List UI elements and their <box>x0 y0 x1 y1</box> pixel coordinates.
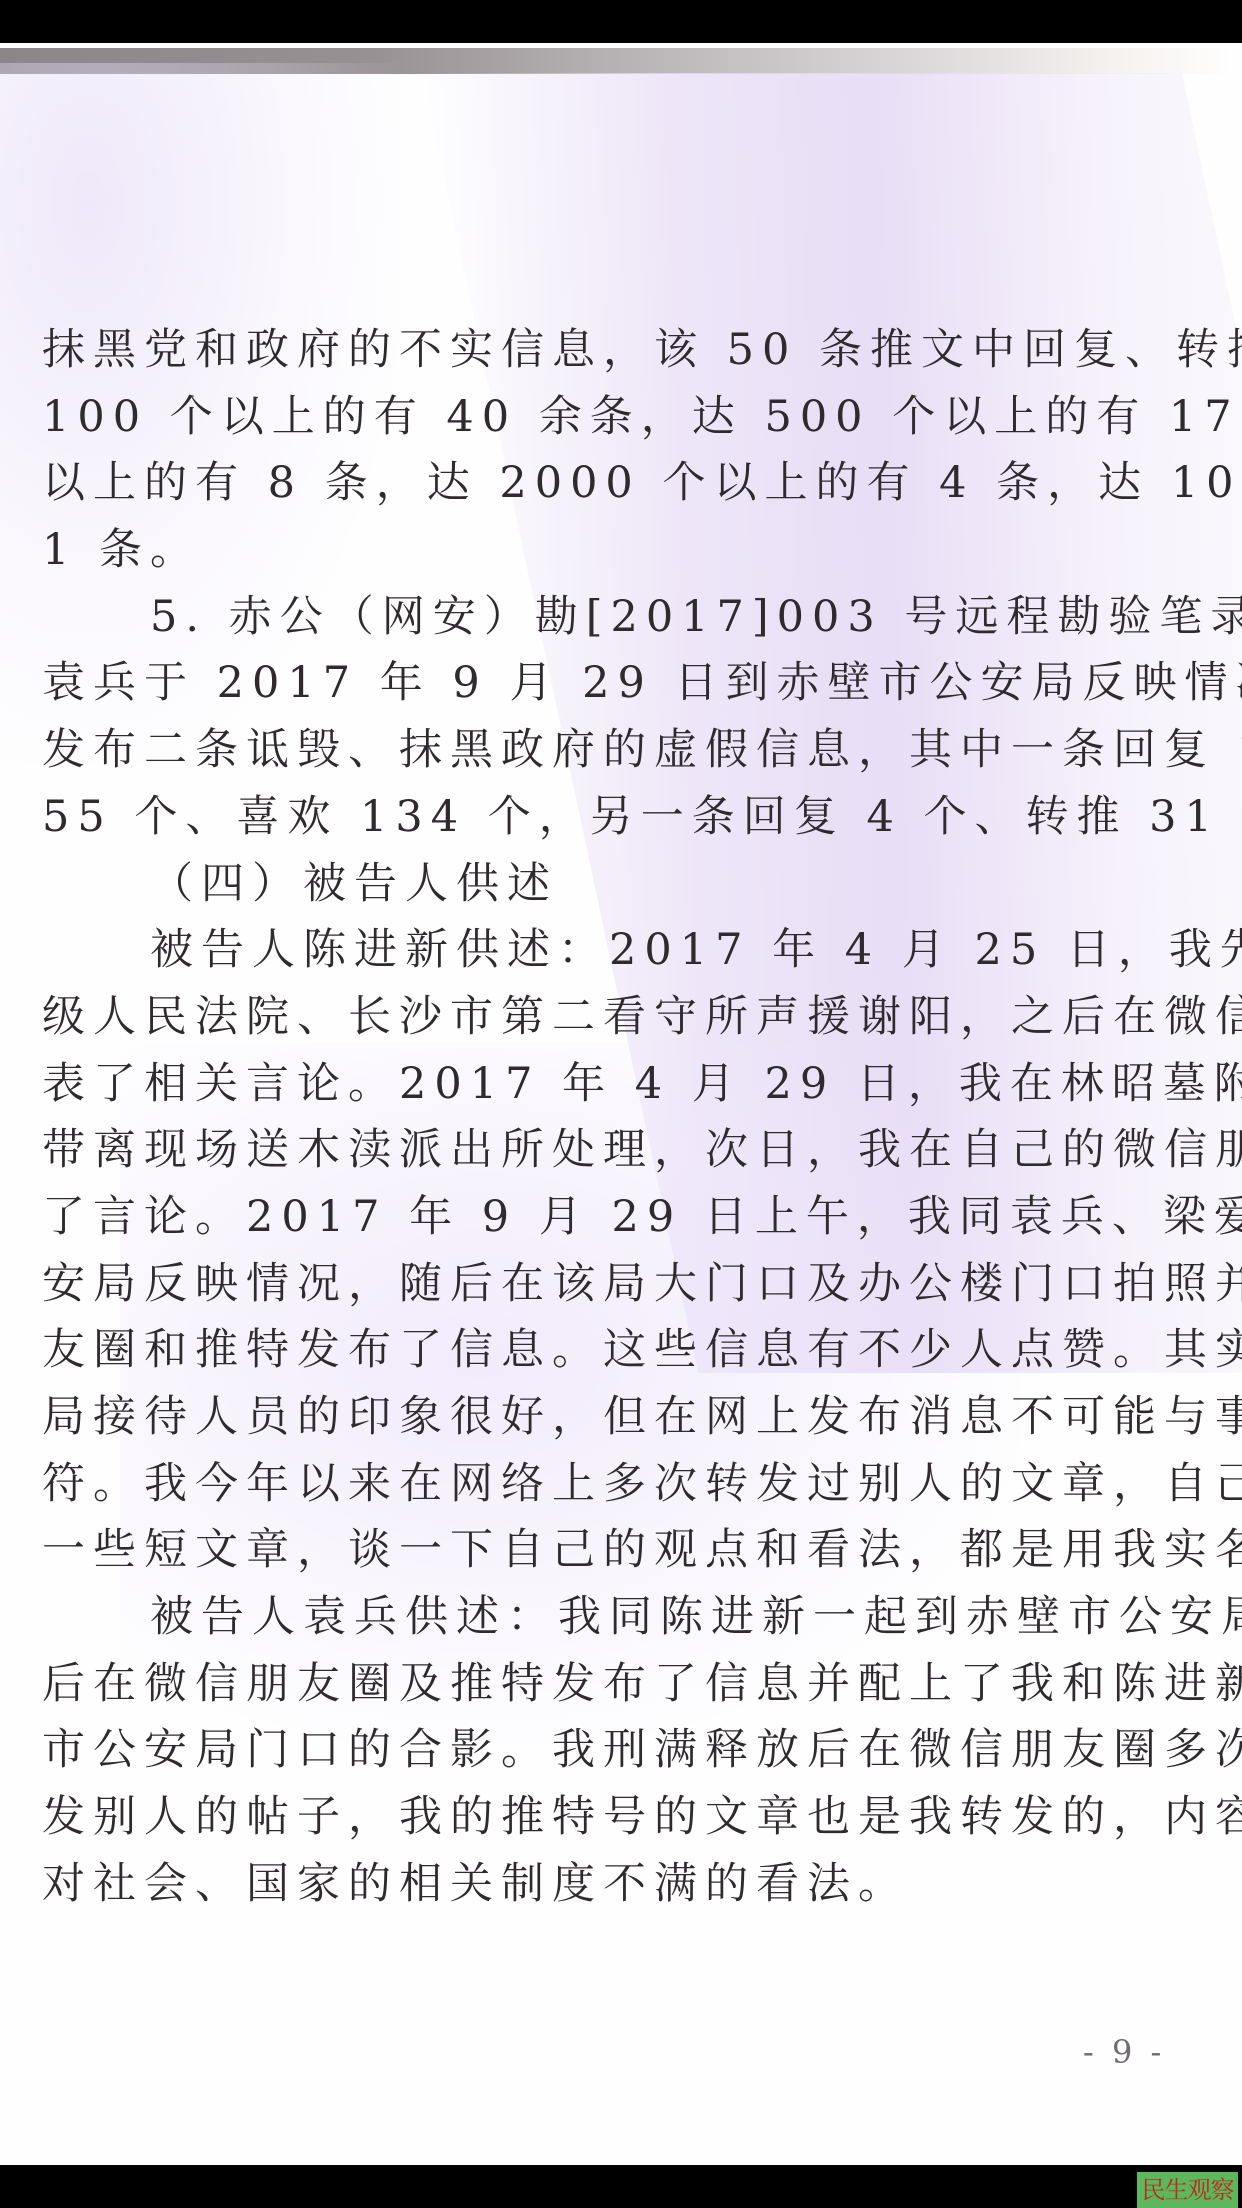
section-heading: （四）被告人供述 <box>42 851 1174 918</box>
top-black-bar <box>0 0 1242 43</box>
document-body: 抹黑党和政府的不实信息，该 50 条推文中回复、转推或点赞达 100 个以上的有… <box>42 317 1174 1918</box>
text-line: 55 个、喜欢 134 个，另一条回复 4 个、转推 31 个、喜欢 56 个。 <box>42 784 1174 851</box>
bottom-black-bar <box>0 2165 1242 2208</box>
text-line: 市公安局门口的合影。我刑满释放后在微信朋友圈多次发帖和转 <box>42 1717 1174 1784</box>
page-top-edge-shadow <box>0 48 1242 74</box>
text-line: 友圈和推特发布了信息。这些信息有不少人点赞。其实我对公安 <box>42 1317 1174 1384</box>
text-line: 以上的有 8 条，达 2000 个以上的有 4 条，达 10000 个以上的有 <box>42 450 1174 517</box>
text-line: 符。我今年以来在网络上多次转发过别人的文章，自己也发表过 <box>42 1451 1174 1518</box>
text-line: 了言论。2017 年 9 月 29 日上午，我同袁兵、梁爱谊到赤壁市公 <box>42 1184 1174 1251</box>
page-number: - 9 - <box>1083 2033 1165 2071</box>
text-line: 级人民法院、长沙市第二看守所声援谢阳，之后在微信朋友圈发 <box>42 984 1174 1051</box>
text-line: 后在微信朋友圈及推特发布了信息并配上了我和陈进新在赤壁 <box>42 1651 1174 1718</box>
text-line: 1 条。 <box>42 517 1174 584</box>
watermark-badge: 民生观察 <box>1137 2172 1238 2208</box>
text-line: 带离现场送木渎派出所处理，次日，我在自己的微信朋友圈发表 <box>42 1117 1174 1184</box>
scanned-page: 抹黑党和政府的不实信息，该 50 条推文中回复、转推或点赞达 100 个以上的有… <box>0 43 1242 2165</box>
text-line: 发布二条诋毁、抹黑政府的虚假信息，其中一条回复 11 个、转推 <box>42 717 1174 784</box>
text-line: 袁兵于 2017 年 9 月 29 日到赤壁市公安局反映情况后，在其推特 <box>42 650 1174 717</box>
text-line: 被告人袁兵供述：我同陈进新一起到赤壁市公安局反映问题， <box>42 1584 1174 1651</box>
screen: 抹黑党和政府的不实信息，该 50 条推文中回复、转推或点赞达 100 个以上的有… <box>0 0 1242 2208</box>
text-line: 5. 赤公（网安）勘[2017]003 号远程勘验笔录证明：被告人 <box>42 584 1174 651</box>
text-line: 一些短文章，谈一下自己的观点和看法，都是用我实名的帐号。 <box>42 1517 1174 1584</box>
text-line: 发别人的帖子，我的推特号的文章也是我转发的，内容大多是我 <box>42 1784 1174 1851</box>
text-line: 抹黑党和政府的不实信息，该 50 条推文中回复、转推或点赞达 <box>42 317 1174 384</box>
text-line: 安局反映情况，随后在该局大门口及办公楼门口拍照并在微信朋 <box>42 1251 1174 1318</box>
text-line: 100 个以上的有 40 余条，达 500 个以上的有 17 条，达 1000 … <box>42 384 1174 451</box>
text-line: 表了相关言论。2017 年 4 月 29 日，我在林昭墓附近被执勤民警 <box>42 1051 1174 1118</box>
text-line: 被告人陈进新供述：2017 年 4 月 25 日，我先后到长沙市中 <box>42 917 1174 984</box>
text-line: 局接待人员的印象很好，但在网上发布消息不可能与事实完全相 <box>42 1384 1174 1451</box>
text-line: 对社会、国家的相关制度不满的看法。 <box>42 1851 1174 1918</box>
